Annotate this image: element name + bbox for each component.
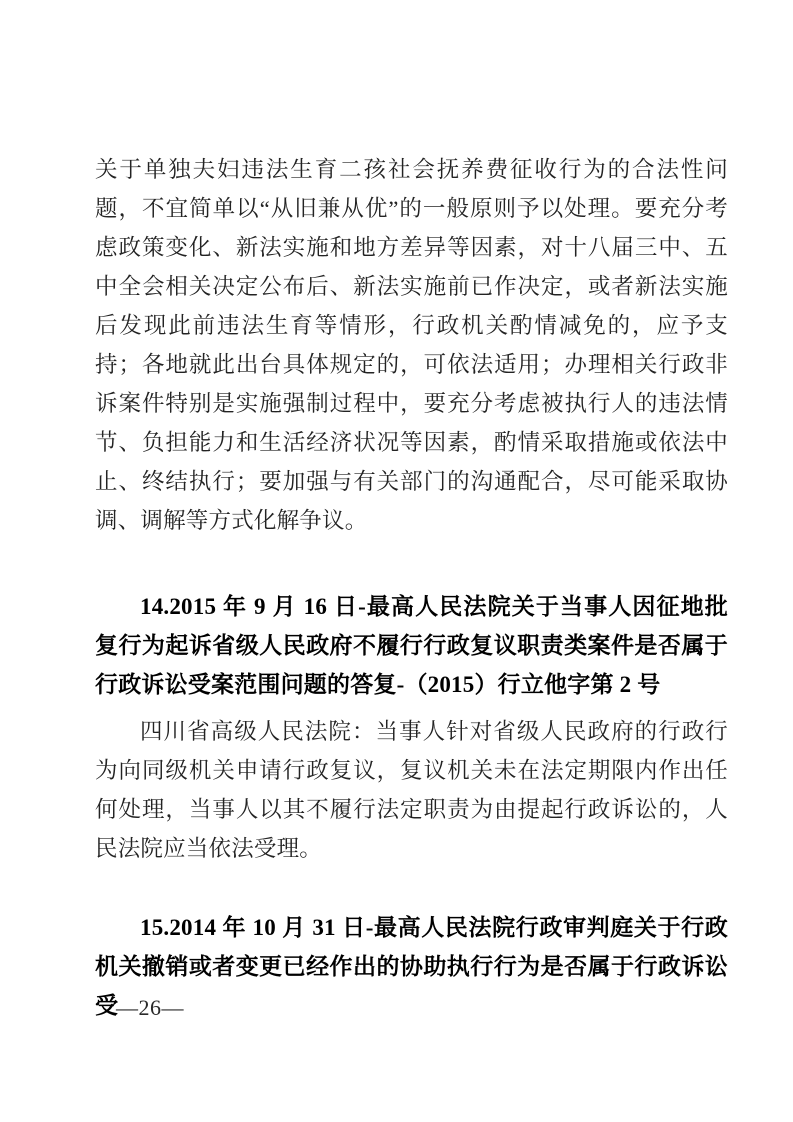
document-page: 关于单独夫妇违法生育二孩社会抚养费征收行为的合法性问题，不宜简单以“从旧兼从优”… [0, 0, 793, 1122]
paragraph-continued-from-previous-page: 关于单独夫妇违法生育二孩社会抚养费征收行为的合法性问题，不宜简单以“从旧兼从优”… [95, 150, 728, 540]
page-number: —26— [116, 996, 184, 1020]
entry-15-heading: 15.2014 年 10 月 31 日-最高人民法院行政审判庭关于行政机关撤销或… [95, 908, 728, 1025]
entry-14-body: 四川省高级人民法院：当事人针对省级人民政府的行政行为向同级机关申请行政复议，复议… [95, 712, 728, 868]
document-content: 关于单独夫妇违法生育二孩社会抚养费征收行为的合法性问题，不宜简单以“从旧兼从优”… [95, 150, 728, 1025]
entry-14-heading: 14.2015 年 9 月 16 日-最高人民法院关于当事人因征地批复行为起诉省… [95, 587, 728, 704]
